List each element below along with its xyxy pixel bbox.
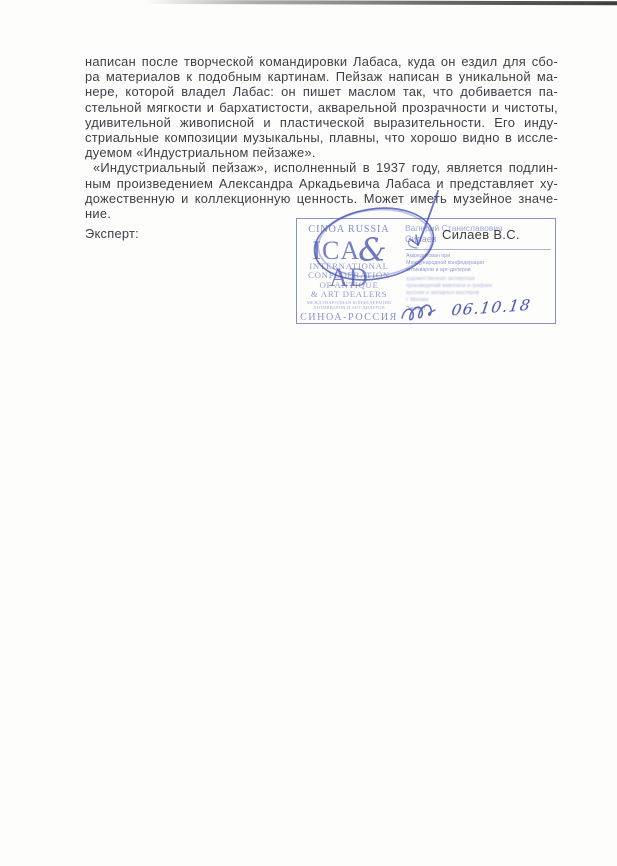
stamp-accreditation-line: Международной конфедерации	[406, 260, 484, 267]
stamp-caps-line: & ART DEALERS	[299, 290, 399, 299]
body-text-line: нере, которой владел Лабас: он пишет мас…	[85, 84, 558, 99]
stamp-expert-line: Эксперт	[406, 306, 426, 313]
body-text-line: стельной мягкости и бархатистости, аквар…	[85, 100, 558, 115]
body-text-line: «Индустриальный пейзаж», исполненный в 1…	[85, 160, 558, 175]
stamp-cinoa-rossiya: СИНОА-РОССИЯ	[299, 312, 399, 323]
monogram-ampersand-icon: &	[358, 237, 387, 264]
stamp-illegible-line: русских и западных мастеров	[406, 290, 479, 297]
scanned-document-page: { "doc": { "p1": { "lines": [ "написан п…	[0, 0, 617, 866]
body-text-line: дожественную и коллекционную ценность. М…	[85, 191, 558, 206]
stamp-separator-line	[405, 249, 551, 250]
body-text-line: ра материалов к подобным картинам. Пейза…	[85, 69, 558, 84]
stamp-accreditation-line: Аккредитован при	[406, 253, 450, 260]
stamp-tiny-line: АНТИКВАРОВ И АРТ-ДИЛЕРОВ	[299, 305, 399, 310]
expert-name: Силаев В.С.	[442, 227, 520, 242]
body-text-line: стриальные композиции музыкальны, плавны…	[85, 130, 558, 145]
stamp-accreditation-line: антикваров и арт-дилеров	[406, 267, 471, 274]
body-text-line: ным произведением Александра Аркадьевича…	[85, 176, 558, 191]
expert-label: Эксперт:	[85, 226, 139, 241]
body-text-line: удивительной живописной и пластической в…	[85, 115, 558, 130]
stamp-illegible-line: произведений живописи и графики	[406, 283, 492, 290]
scan-artifact-line	[146, 0, 617, 5]
stamp-logo-block: CINOA RUSSIA ICA&AD INTERNATIONAL CONFED…	[299, 224, 399, 323]
body-text-line: написан после творческой командировки Ла…	[85, 54, 558, 69]
stamp-illegible-line: художественная экспертиза	[406, 276, 475, 283]
document-body: написан после творческой командировки Ла…	[85, 54, 558, 221]
icaad-monogram: ICA&AD	[299, 235, 399, 262]
stamp-illegible-line: г. Москва	[406, 297, 428, 304]
body-text-line: дуемом «Индустриальном пейзаже».	[85, 145, 558, 160]
